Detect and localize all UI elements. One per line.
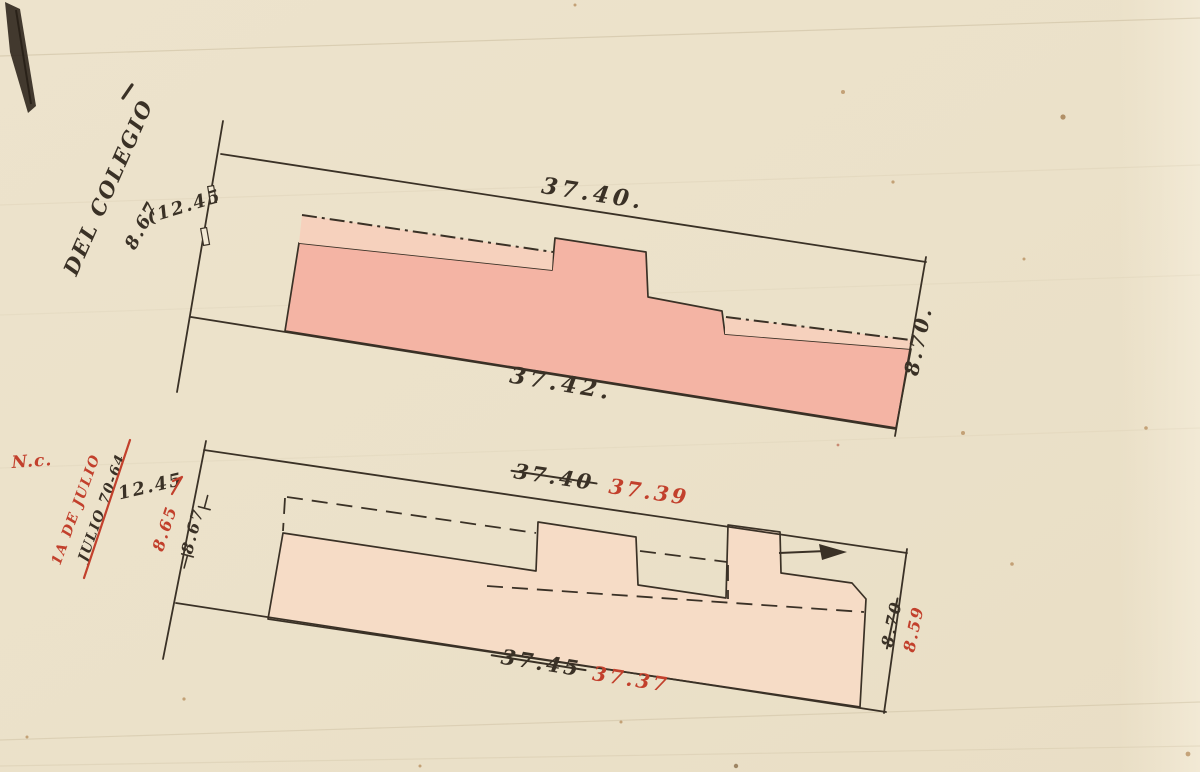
paper-edge-light — [1120, 0, 1200, 772]
scanned-survey-page: 37.40. 37.42. 8.70. DEL COLEGIO 8.67 (12… — [0, 0, 1200, 772]
corner-note: N.c. — [10, 450, 53, 473]
survey-sketch: 37.40. 37.42. 8.70. DEL COLEGIO 8.67 (12… — [0, 0, 1200, 772]
